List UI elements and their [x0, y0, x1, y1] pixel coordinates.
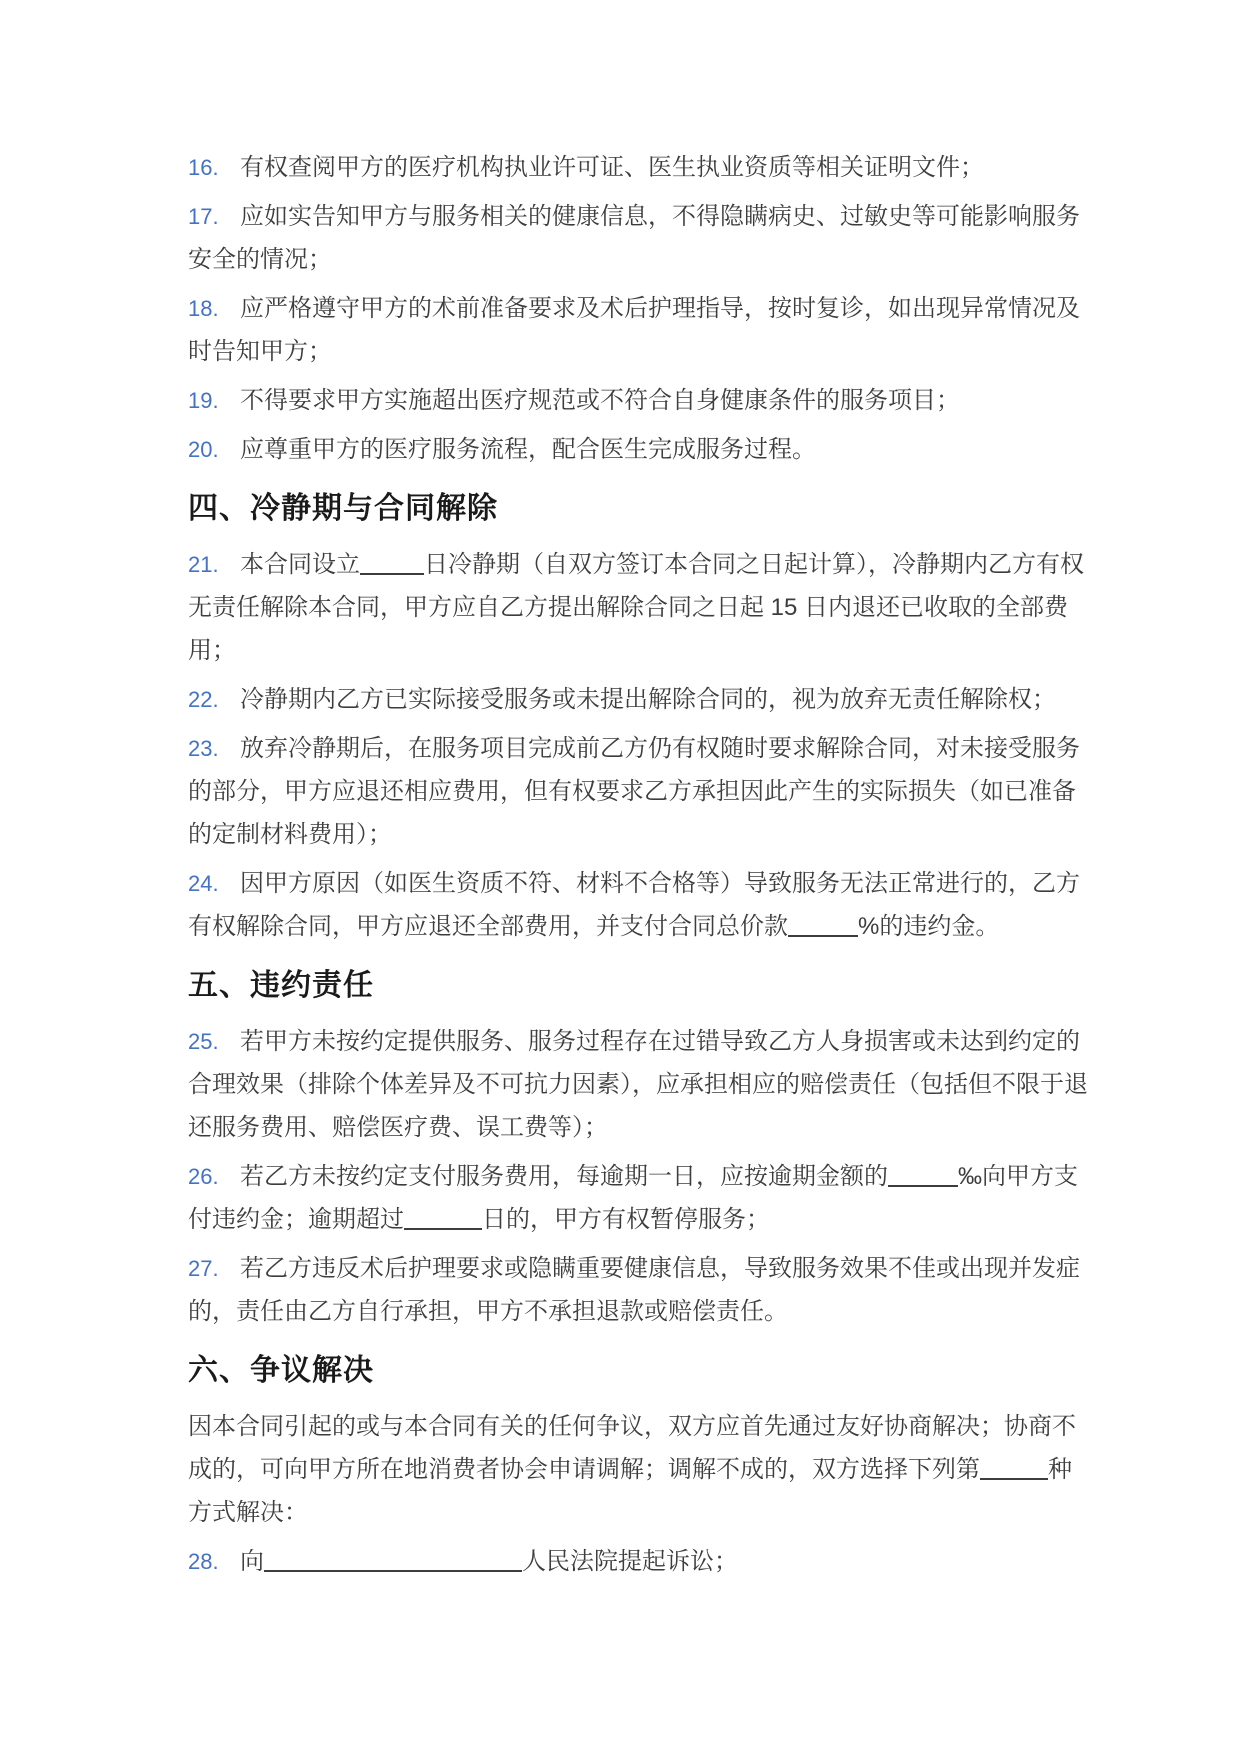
clause-text: 因本合同引起的或与本合同有关的任何争议，双方应首先通过友好协商解决；协商不成的，… [188, 1413, 1076, 1483]
clause-text: 有权查阅甲方的医疗机构执业许可证、医生执业资质等相关证明文件； [240, 154, 984, 181]
contract-clause: 28.向人民法院提起诉讼； [188, 1540, 1090, 1583]
contract-clause: 23.放弃冷静期后，在服务项目完成前乙方仍有权随时要求解除合同，对未接受服务的部… [188, 727, 1090, 856]
contract-document: 16.有权查阅甲方的医疗机构执业许可证、医生执业资质等相关证明文件；17.应如实… [188, 146, 1090, 1583]
contract-clause: 27.若乙方违反术后护理要求或隐瞒重要健康信息，导致服务效果不佳或出现并发症的，… [188, 1247, 1090, 1333]
clause-number: 19. [188, 379, 240, 422]
clause-text: 向 [240, 1548, 264, 1575]
section-heading: 四、冷静期与合同解除 [188, 489, 1090, 529]
clause-number: 17. [188, 195, 240, 238]
clause-text: 应如实告知甲方与服务相关的健康信息，不得隐瞒病史、过敏史等可能影响服务安全的情况… [188, 203, 1080, 273]
clause-text: 人民法院提起诉讼； [522, 1548, 738, 1575]
clause-number: 25. [188, 1020, 240, 1063]
clause-text: 本合同设立 [240, 551, 360, 578]
clause-text: 应严格遵守甲方的术前准备要求及术后护理指导，按时复诊，如出现异常情况及时告知甲方… [188, 295, 1080, 365]
clause-number: 28. [188, 1540, 240, 1583]
clause-number: 27. [188, 1247, 240, 1290]
clause-text: 日的，甲方有权暂停服务； [482, 1206, 770, 1233]
fill-in-blank [788, 913, 858, 937]
clause-text: 若乙方未按约定支付服务费用，每逾期一日，应按逾期金额的 [240, 1163, 888, 1190]
clause-number: 18. [188, 287, 240, 330]
section-heading: 六、争议解决 [188, 1351, 1090, 1391]
clause-text: 应尊重甲方的医疗服务流程，配合医生完成服务过程。 [240, 436, 816, 463]
contract-clause: 25.若甲方未按约定提供服务、服务过程存在过错导致乙方人身损害或未达到约定的合理… [188, 1020, 1090, 1149]
fill-in-blank [360, 551, 424, 575]
clause-number: 23. [188, 727, 240, 770]
clause-text: 若乙方违反术后护理要求或隐瞒重要健康信息，导致服务效果不佳或出现并发症的，责任由… [188, 1255, 1080, 1325]
contract-clause: 19.不得要求甲方实施超出医疗规范或不符合自身健康条件的服务项目； [188, 379, 1090, 422]
contract-clause: 21.本合同设立日冷静期（自双方签订本合同之日起计算），冷静期内乙方有权无责任解… [188, 543, 1090, 672]
fill-in-blank [404, 1206, 482, 1230]
fill-in-blank [888, 1163, 958, 1187]
contract-clause: 17.应如实告知甲方与服务相关的健康信息，不得隐瞒病史、过敏史等可能影响服务安全… [188, 195, 1090, 281]
clause-number: 24. [188, 862, 240, 905]
clause-text: %的违约金。 [858, 913, 999, 940]
section-heading: 五、违约责任 [188, 966, 1090, 1006]
contract-clause: 16.有权查阅甲方的医疗机构执业许可证、医生执业资质等相关证明文件； [188, 146, 1090, 189]
body-paragraph: 因本合同引起的或与本合同有关的任何争议，双方应首先通过友好协商解决；协商不成的，… [188, 1405, 1090, 1534]
fill-in-blank [264, 1548, 522, 1572]
fill-in-blank [980, 1456, 1048, 1480]
clause-number: 20. [188, 428, 240, 471]
clause-number: 16. [188, 146, 240, 189]
clause-number: 26. [188, 1155, 240, 1198]
clause-text: 冷静期内乙方已实际接受服务或未提出解除合同的，视为放弃无责任解除权； [240, 686, 1056, 713]
contract-clause: 26.若乙方未按约定支付服务费用，每逾期一日，应按逾期金额的‰向甲方支付违约金；… [188, 1155, 1090, 1241]
contract-clause: 18.应严格遵守甲方的术前准备要求及术后护理指导，按时复诊，如出现异常情况及时告… [188, 287, 1090, 373]
contract-page: 16.有权查阅甲方的医疗机构执业许可证、医生执业资质等相关证明文件；17.应如实… [0, 0, 1241, 1755]
contract-clause: 24.因甲方原因（如医生资质不符、材料不合格等）导致服务无法正常进行的，乙方有权… [188, 862, 1090, 948]
clause-text: 放弃冷静期后，在服务项目完成前乙方仍有权随时要求解除合同，对未接受服务的部分，甲… [188, 735, 1080, 848]
clause-text: 不得要求甲方实施超出医疗规范或不符合自身健康条件的服务项目； [240, 387, 960, 414]
clause-number: 21. [188, 543, 240, 586]
contract-clause: 20.应尊重甲方的医疗服务流程，配合医生完成服务过程。 [188, 428, 1090, 471]
contract-clause: 22.冷静期内乙方已实际接受服务或未提出解除合同的，视为放弃无责任解除权； [188, 678, 1090, 721]
clause-text: 若甲方未按约定提供服务、服务过程存在过错导致乙方人身损害或未达到约定的合理效果（… [188, 1028, 1088, 1141]
clause-number: 22. [188, 678, 240, 721]
